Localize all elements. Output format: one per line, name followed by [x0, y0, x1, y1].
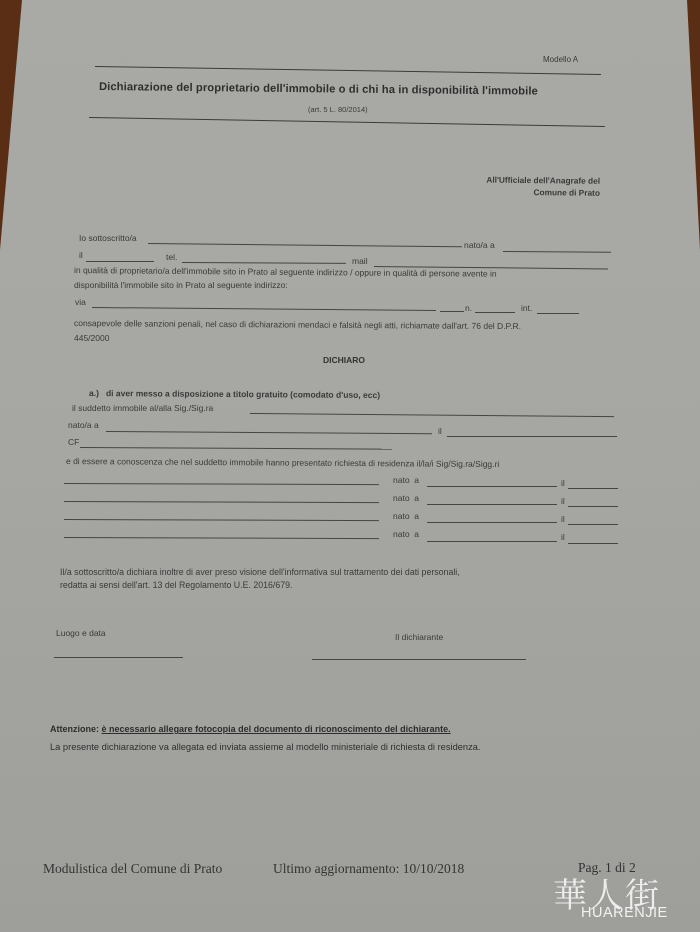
consapevole-line-2: 445/2000	[74, 333, 109, 343]
dichiarante-label: Il dichiarante	[395, 632, 443, 642]
resident-luogo-field[interactable]	[427, 504, 557, 505]
sottoscritto-field[interactable]	[148, 243, 462, 247]
resident-name-field[interactable]	[64, 483, 379, 485]
luogo-data-field[interactable]	[54, 657, 183, 658]
sig-nome-field[interactable]	[250, 413, 614, 417]
footer-left: Modulistica del Comune di Prato	[43, 861, 222, 877]
interno-field[interactable]	[537, 313, 579, 314]
privacy-line-1: Il/a sottoscritto/a dichiara inoltre di …	[60, 566, 460, 579]
resident-name-field[interactable]	[64, 519, 379, 521]
resident-data-field[interactable]	[568, 543, 618, 544]
attention-text: è necessario allegare fotocopia del docu…	[102, 724, 451, 734]
resident-nato-label: nato a	[393, 511, 419, 521]
recipient-line-2: Comune di Prato	[450, 185, 600, 199]
resident-il-label: il	[561, 496, 565, 506]
header-top-rule	[95, 66, 601, 75]
document-title: Dichiarazione del proprietario dell'immo…	[99, 81, 538, 98]
conoscenza-text: e di essere a conoscenza che nel suddett…	[66, 456, 499, 469]
resident-luogo-field[interactable]	[427, 541, 557, 542]
resident-il-label: il	[561, 478, 565, 488]
resident-data-field[interactable]	[568, 524, 618, 525]
numero-field[interactable]	[475, 312, 515, 313]
cf-field[interactable]	[80, 447, 392, 450]
resident-il-label: il	[561, 532, 565, 542]
resident-nato-label: nato a	[393, 493, 419, 503]
document-subtitle: (art. 5 L. 80/2014)	[308, 105, 368, 114]
watermark-logo-latin: HUARENJIE	[581, 905, 668, 921]
resident-name-field[interactable]	[64, 537, 379, 539]
il-label-2: il	[438, 426, 442, 436]
paper-sheet: Modello A Dichiarazione del proprietario…	[0, 0, 700, 932]
nato-label: nato/a a	[464, 240, 495, 250]
civico-prefix-field[interactable]	[440, 311, 464, 312]
suddetto-label: il suddetto immobile al/alla Sig./Sig.ra	[72, 403, 213, 413]
recipient-block: All'Ufficiale dell'Anagrafe del Comune d…	[450, 173, 600, 199]
via-label: via	[75, 297, 86, 307]
sottoscritto-label: Io sottoscritto/a	[79, 233, 137, 243]
resident-data-field[interactable]	[568, 506, 618, 507]
resident-name-field[interactable]	[64, 501, 379, 503]
nato-a-label: nato/a a	[68, 420, 99, 430]
int-label: int.	[521, 303, 532, 313]
resident-luogo-field[interactable]	[427, 522, 557, 523]
header-bottom-rule	[89, 117, 605, 127]
privacy-block: Il/a sottoscritto/a dichiara inoltre di …	[60, 566, 460, 592]
luogo-data-label: Luogo e data	[56, 628, 106, 638]
consapevole-line-1: consapevole delle sanzioni penali, nel c…	[74, 318, 521, 331]
attachment-note: La presente dichiarazione va allegata ed…	[50, 742, 480, 752]
il-label: il	[79, 250, 83, 260]
data-nascita-field[interactable]	[86, 261, 154, 262]
model-label: Modello A	[543, 55, 578, 64]
firma-field[interactable]	[312, 659, 526, 660]
tel-label: tel.	[166, 252, 177, 262]
item-a-heading: a.) di aver messo a disposizione a titol…	[89, 388, 380, 400]
attention-label: Attenzione:	[50, 724, 99, 734]
qualita-line-2: disponibilità l'immobile sito in Prato a…	[74, 280, 288, 290]
resident-il-label: il	[561, 514, 565, 524]
cf-label: CF	[68, 437, 79, 447]
mail-label: mail	[352, 256, 368, 266]
resident-data-field[interactable]	[568, 488, 618, 489]
sig-data-nascita-field[interactable]	[447, 436, 617, 437]
sig-luogo-nascita-field[interactable]	[106, 431, 432, 434]
dichiaro-heading: DICHIARO	[323, 355, 365, 365]
via-field[interactable]	[92, 307, 436, 311]
attention-note: Attenzione: è necessario allegare fotoco…	[50, 724, 451, 734]
tel-field[interactable]	[182, 262, 346, 264]
resident-nato-label: nato a	[393, 529, 419, 539]
privacy-line-2: redatta ai sensi dell'art. 13 del Regola…	[60, 579, 460, 592]
n-label: n.	[465, 303, 472, 313]
resident-nato-label: nato a	[393, 475, 419, 485]
luogo-nascita-field[interactable]	[503, 251, 611, 253]
footer-updated: Ultimo aggiornamento: 10/10/2018	[273, 861, 464, 877]
resident-luogo-field[interactable]	[427, 486, 557, 487]
